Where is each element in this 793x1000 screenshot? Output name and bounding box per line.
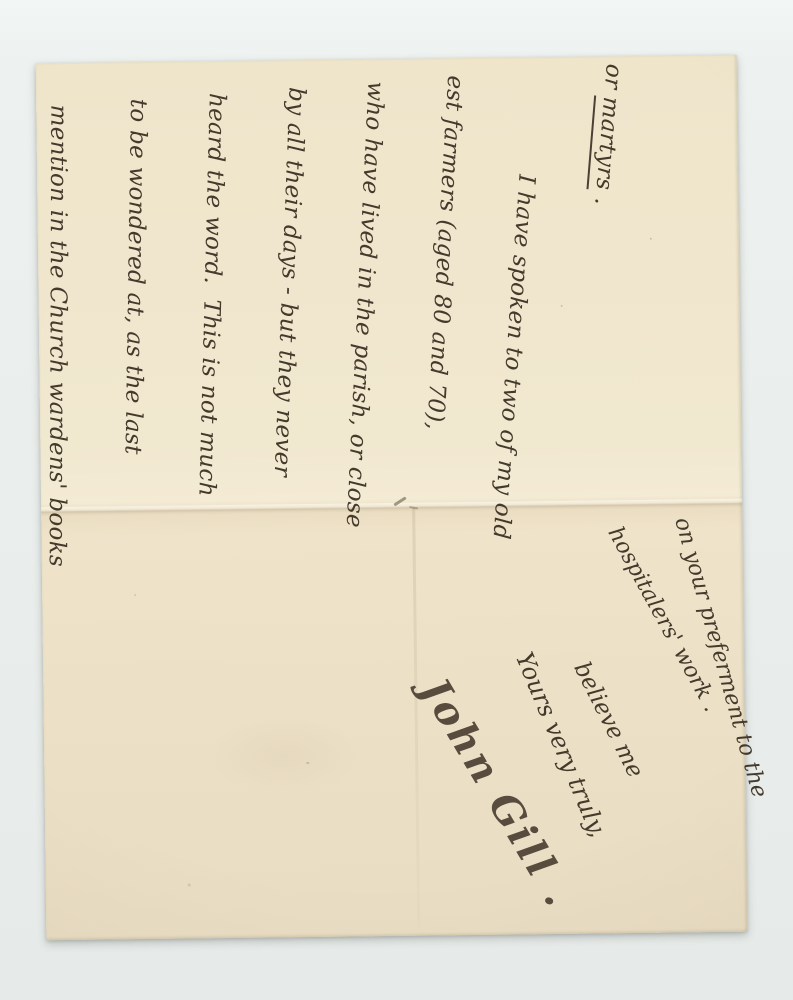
vertical-crease [412, 508, 420, 928]
photo-background: or martyrs . I have spoken to two of my … [0, 0, 793, 1000]
ink-speck [134, 594, 136, 596]
handwriting-line: I have spoken to two of my old [481, 68, 554, 515]
letter-page1-text: or martyrs . I have spoken to two of my … [0, 60, 704, 594]
ink-showthrough [193, 699, 374, 811]
letter-paper: or martyrs . I have spoken to two of my … [36, 55, 748, 940]
handwriting-line: est farmers (aged 80 and 70), [407, 74, 475, 521]
line-text: or [598, 63, 627, 98]
ink-speck [188, 883, 191, 886]
handwriting-line: to be wondered at, as the last [110, 98, 158, 544]
handwriting-line: mention in the Church wardens' books [36, 105, 79, 550]
underlined-word: martyrs [586, 95, 624, 191]
line-text: . [589, 189, 616, 206]
handwriting-line: or martyrs . [556, 62, 634, 509]
handwriting-line: was a hundred years ago. [0, 110, 3, 555]
handwriting-line: heard the word. This is not much [184, 92, 237, 538]
handwriting-line: who have lived in the parish, or close [333, 80, 396, 526]
handwriting-line: by all their days - but they never [258, 86, 317, 532]
